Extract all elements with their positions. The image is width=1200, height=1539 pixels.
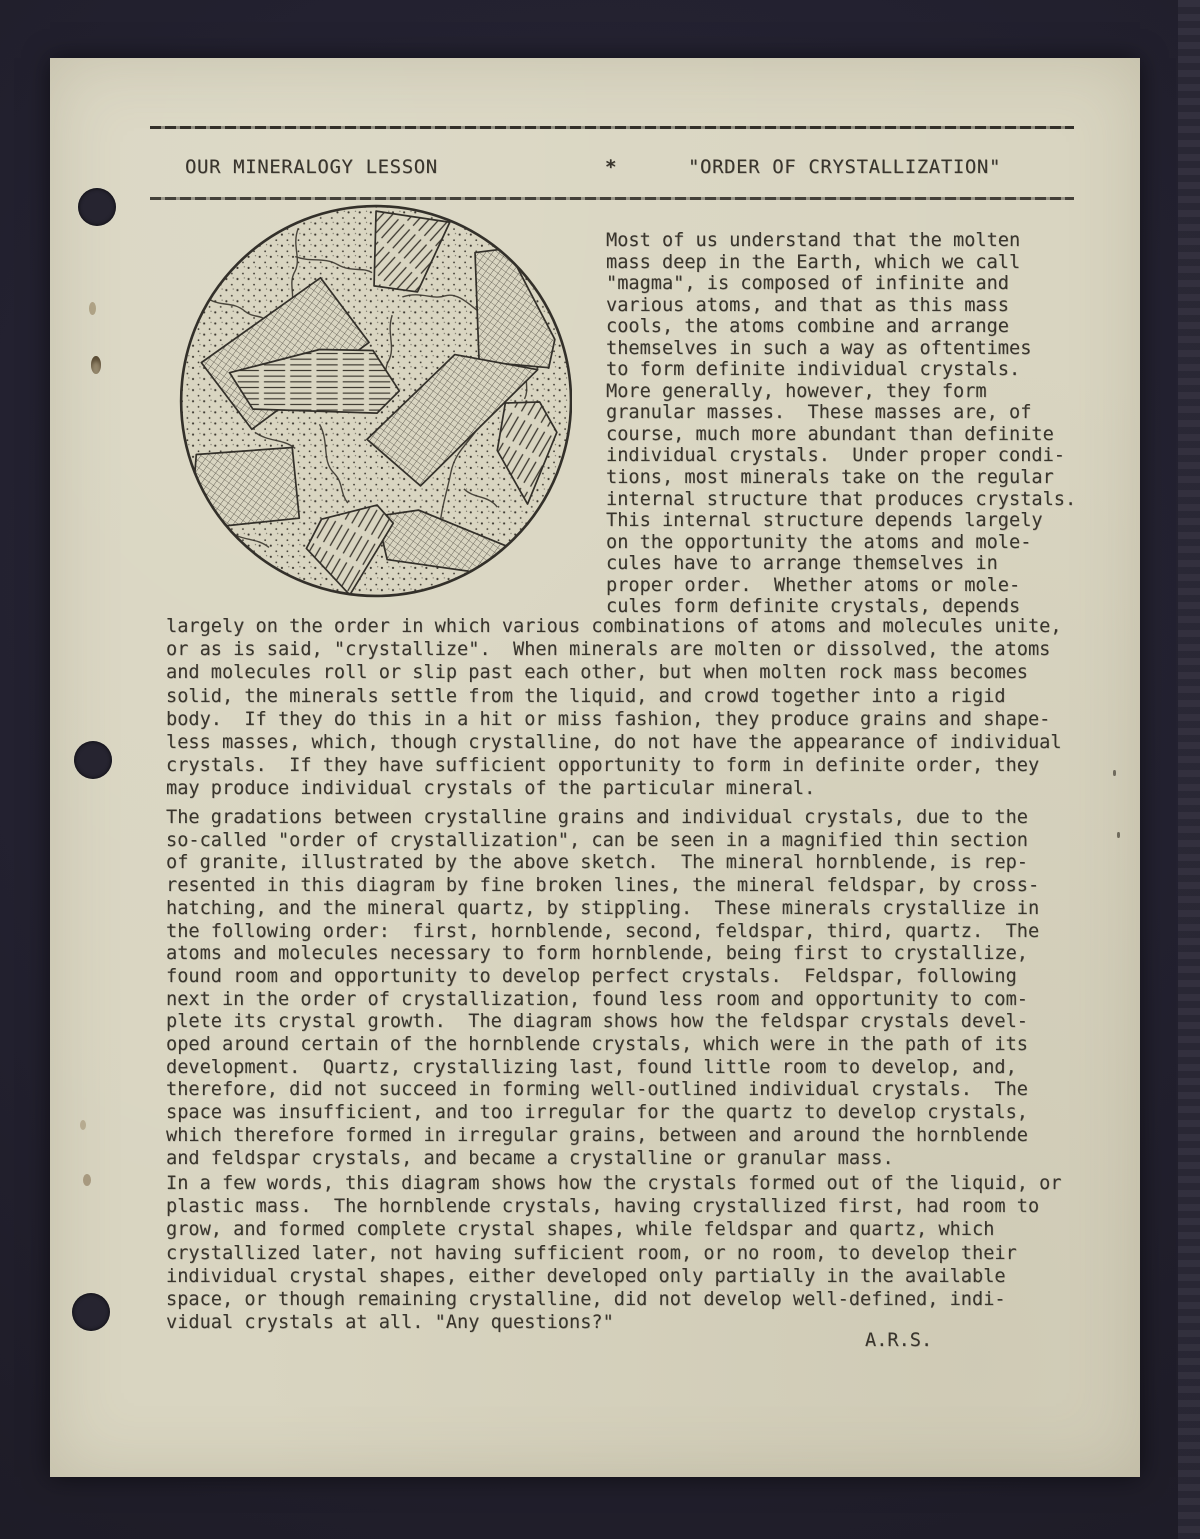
punch-hole	[72, 1293, 110, 1331]
text-line: development. Quartz, crystallizing last,…	[166, 1057, 1039, 1080]
text-line: space was insufficient, and too irregula…	[166, 1102, 1039, 1125]
text-line: therefore, did not succeed in forming we…	[166, 1079, 1039, 1102]
text-line: individual crystals. Under proper condi-	[606, 445, 1076, 467]
stain-mark	[89, 302, 96, 315]
paragraph-3: In a few words, this diagram shows how t…	[166, 1172, 1062, 1334]
text-line: internal structure that produces crystal…	[606, 489, 1076, 511]
text-line: of granite, illustrated by the above ske…	[166, 852, 1039, 875]
granite-thin-section-diagram	[168, 198, 572, 602]
text-line: on the opportunity the atoms and mole-	[606, 532, 1076, 554]
header-title-left: OUR MINERALOGY LESSON	[185, 156, 438, 178]
stain-mark	[83, 1174, 91, 1186]
text-line: to form definite individual crystals.	[606, 359, 1076, 381]
text-line: and feldspar crystals, and became a crys…	[166, 1148, 1039, 1171]
text-line: and molecules roll or slip past each oth…	[166, 661, 1062, 684]
text-line: plete its crystal growth. The diagram sh…	[166, 1011, 1039, 1034]
scanned-document: { "document": { "header": { "left_title"…	[0, 0, 1200, 1539]
text-line: In a few words, this diagram shows how t…	[166, 1172, 1062, 1195]
header-separator-asterisk: *	[605, 156, 617, 178]
intro-column-text: Most of us understand that the moltenmas…	[606, 230, 1076, 618]
paragraph-2: The gradations between crystalline grain…	[166, 807, 1039, 1170]
author-initials: A.R.S.	[865, 1330, 932, 1351]
text-line: Most of us understand that the molten	[606, 230, 1076, 252]
text-line: individual crystal shapes, either develo…	[166, 1265, 1062, 1288]
text-line: atoms and molecules necessary to form ho…	[166, 943, 1039, 966]
text-line: found room and opportunity to develop pe…	[166, 966, 1039, 989]
punch-hole	[78, 188, 116, 226]
text-line: oped around certain of the hornblende cr…	[166, 1034, 1039, 1057]
text-line: plastic mass. The hornblende crystals, h…	[166, 1195, 1062, 1218]
stain-mark	[91, 356, 101, 374]
text-line: course, much more abundant than definite	[606, 424, 1076, 446]
text-line: cools, the atoms combine and arrange	[606, 316, 1076, 338]
document-page: OUR MINERALOGY LESSON * "ORDER OF CRYSTA…	[50, 58, 1140, 1477]
text-line: crystallized later, not having sufficien…	[166, 1242, 1062, 1265]
text-line: the following order: first, hornblende, …	[166, 921, 1039, 944]
ink-speck	[1117, 832, 1120, 838]
text-line: proper order. Whether atoms or mole-	[606, 575, 1076, 597]
text-line: cules have to arrange themselves in	[606, 553, 1076, 575]
ink-speck	[1113, 770, 1116, 776]
intro-continued-text: largely on the order in which various co…	[166, 615, 1062, 801]
text-line: grow, and formed complete crystal shapes…	[166, 1218, 1062, 1241]
text-line: or as is said, "crystallize". When miner…	[166, 638, 1062, 661]
text-line: The gradations between crystalline grain…	[166, 807, 1039, 830]
text-line: next in the order of crystallization, fo…	[166, 989, 1039, 1012]
header-rule-top	[150, 126, 1074, 129]
header-title-right: "ORDER OF CRYSTALLIZATION"	[688, 156, 1001, 178]
feldspar-crystal	[193, 447, 299, 526]
text-line: themselves in such a way as oftentimes	[606, 338, 1076, 360]
text-line: crystals. If they have sufficient opport…	[166, 754, 1062, 777]
text-line: which therefore formed in irregular grai…	[166, 1125, 1039, 1148]
punch-hole	[74, 741, 112, 779]
text-line: solid, the minerals settle from the liqu…	[166, 685, 1062, 708]
text-line: tions, most minerals take on the regular	[606, 467, 1076, 489]
text-line: This internal structure depends largely	[606, 510, 1076, 532]
text-line: body. If they do this in a hit or miss f…	[166, 708, 1062, 731]
text-line: granular masses. These masses are, of	[606, 402, 1076, 424]
text-line: may produce individual crystals of the p…	[166, 777, 1062, 800]
text-line: various atoms, and that as this mass	[606, 295, 1076, 317]
text-line: mass deep in the Earth, which we call	[606, 252, 1076, 274]
text-line: largely on the order in which various co…	[166, 615, 1062, 638]
text-line: less masses, which, though crystalline, …	[166, 731, 1062, 754]
text-line: resented in this diagram by fine broken …	[166, 875, 1039, 898]
text-line: hatching, and the mineral quartz, by sti…	[166, 898, 1039, 921]
text-line: "magma", is composed of infinite and	[606, 273, 1076, 295]
text-line: More generally, however, they form	[606, 381, 1076, 403]
stain-mark	[80, 1120, 86, 1130]
text-line: space, or though remaining crystalline, …	[166, 1288, 1062, 1311]
book-spine-edge	[1178, 0, 1200, 1539]
text-line: so-called "order of crystallization", ca…	[166, 830, 1039, 853]
